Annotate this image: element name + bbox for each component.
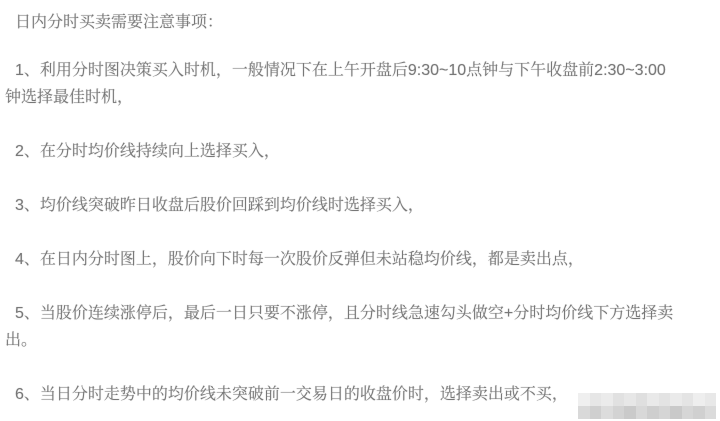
article-body: 日内分时买卖需要注意事项： 1、利用分时图决策买入时机，一般情况下在上午开盘后9… [0, 0, 720, 421]
paragraph-5: 5、当股价连续涨停后，最后一日只要不涨停，且分时线急速勾头做空+分时均价线下方选… [5, 300, 706, 354]
text-line: 5、当股价连续涨停后，最后一日只要不涨停，且分时线急速勾头做空+分时均价线下方选… [5, 300, 706, 327]
paragraph-3: 3、均价线突破昨日收盘后股价回踩到均价线时选择买入， [5, 192, 706, 219]
censored-watermark [578, 393, 716, 419]
text-line: 钟选择最佳时机， [5, 84, 706, 111]
text-line: 4、在日内分时图上，股价向下时每一次股价反弹但未站稳均价线，都是卖出点， [5, 246, 706, 273]
text-line: 出。 [5, 327, 706, 354]
text-line: 2、在分时均价线持续向上选择买入， [5, 138, 706, 165]
title-text: 日内分时买卖需要注意事项： [5, 9, 706, 36]
text-line: 1、利用分时图决策买入时机，一般情况下在上午开盘后9:30~10点钟与下午收盘前… [5, 57, 706, 84]
page-title: 日内分时买卖需要注意事项： [5, 9, 706, 36]
text-line: 3、均价线突破昨日收盘后股价回踩到均价线时选择买入， [5, 192, 706, 219]
paragraph-2: 2、在分时均价线持续向上选择买入， [5, 138, 706, 165]
paragraph-1: 1、利用分时图决策买入时机，一般情况下在上午开盘后9:30~10点钟与下午收盘前… [5, 57, 706, 111]
paragraph-4: 4、在日内分时图上，股价向下时每一次股价反弹但未站稳均价线，都是卖出点， [5, 246, 706, 273]
